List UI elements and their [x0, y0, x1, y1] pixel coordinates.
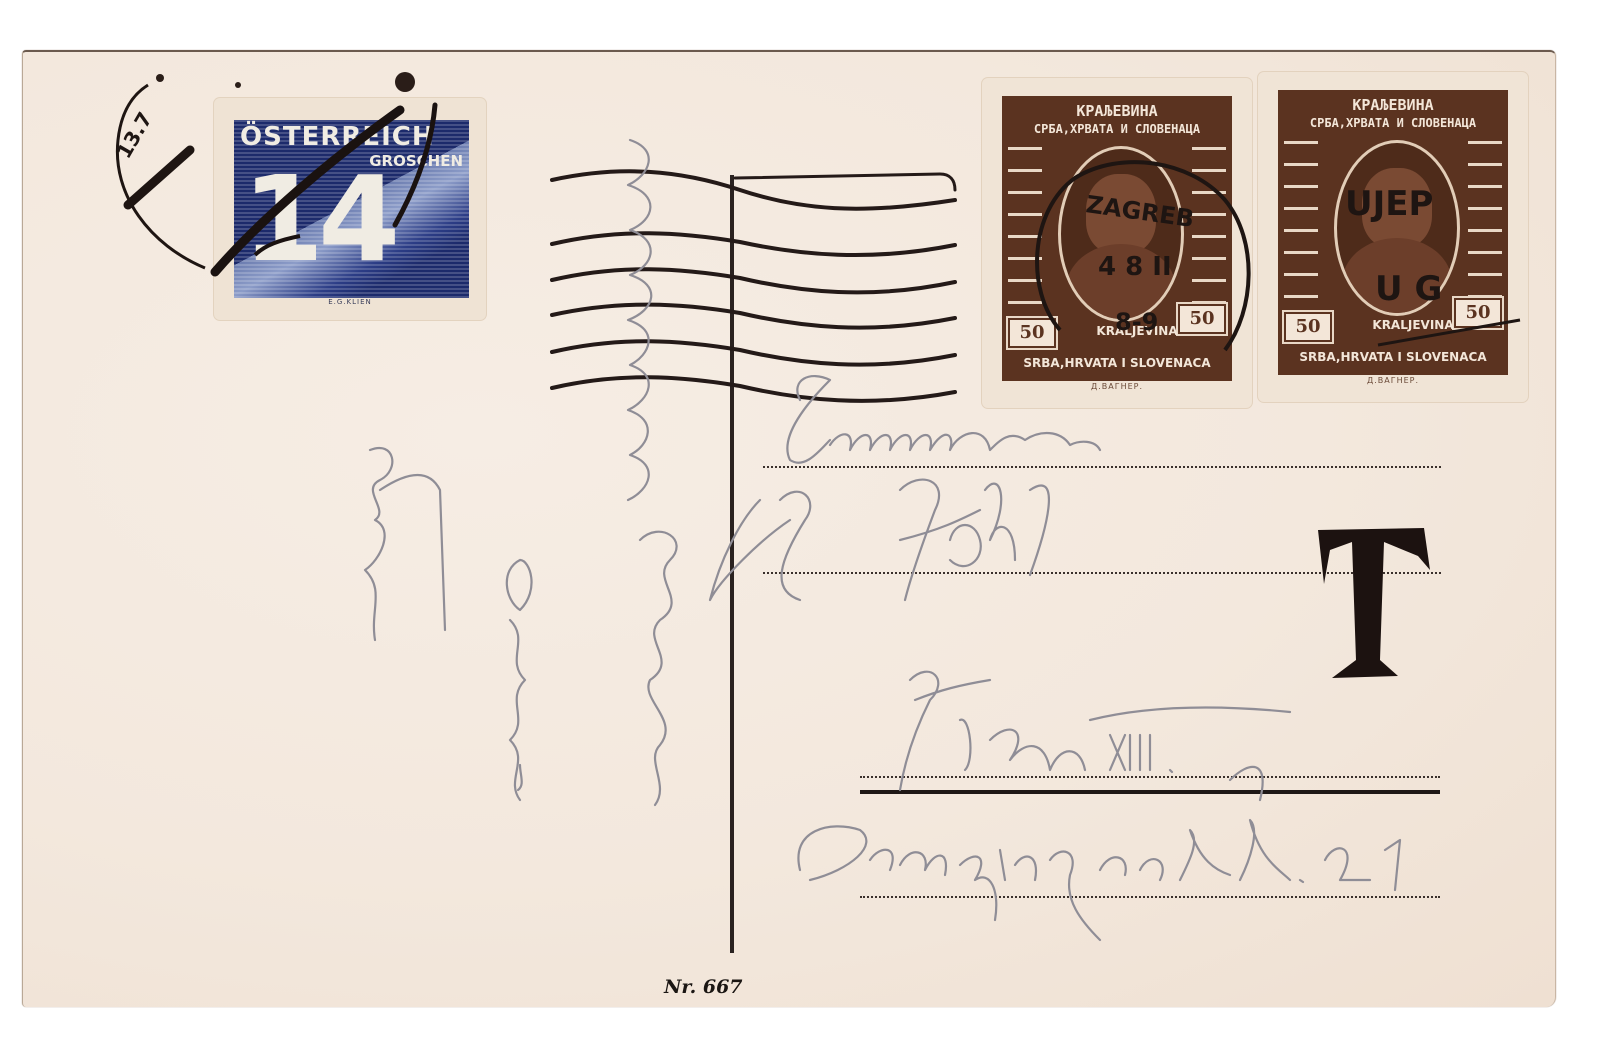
greeting-text: Herzliche Grüße [0, 0, 8, 1]
signature-2-text: Paul [0, 0, 3, 1]
address-line-1-text: Familie [0, 0, 4, 1]
greeting-handwriting [365, 140, 677, 805]
signature-1-text: Stephan [0, 0, 5, 1]
address-line-4-text: Penzingerstr. 21 [0, 0, 8, 1]
address-line-3-text: Wien XIII. [0, 0, 5, 1]
card-number: Nr. 667 [664, 976, 743, 998]
address-line-2-text: Hl. Wohl [0, 0, 5, 1]
address-handwriting [710, 376, 1400, 940]
handwriting-layer: Herzliche Grüße Stephan Paul Familie Hl.… [0, 0, 1600, 1058]
